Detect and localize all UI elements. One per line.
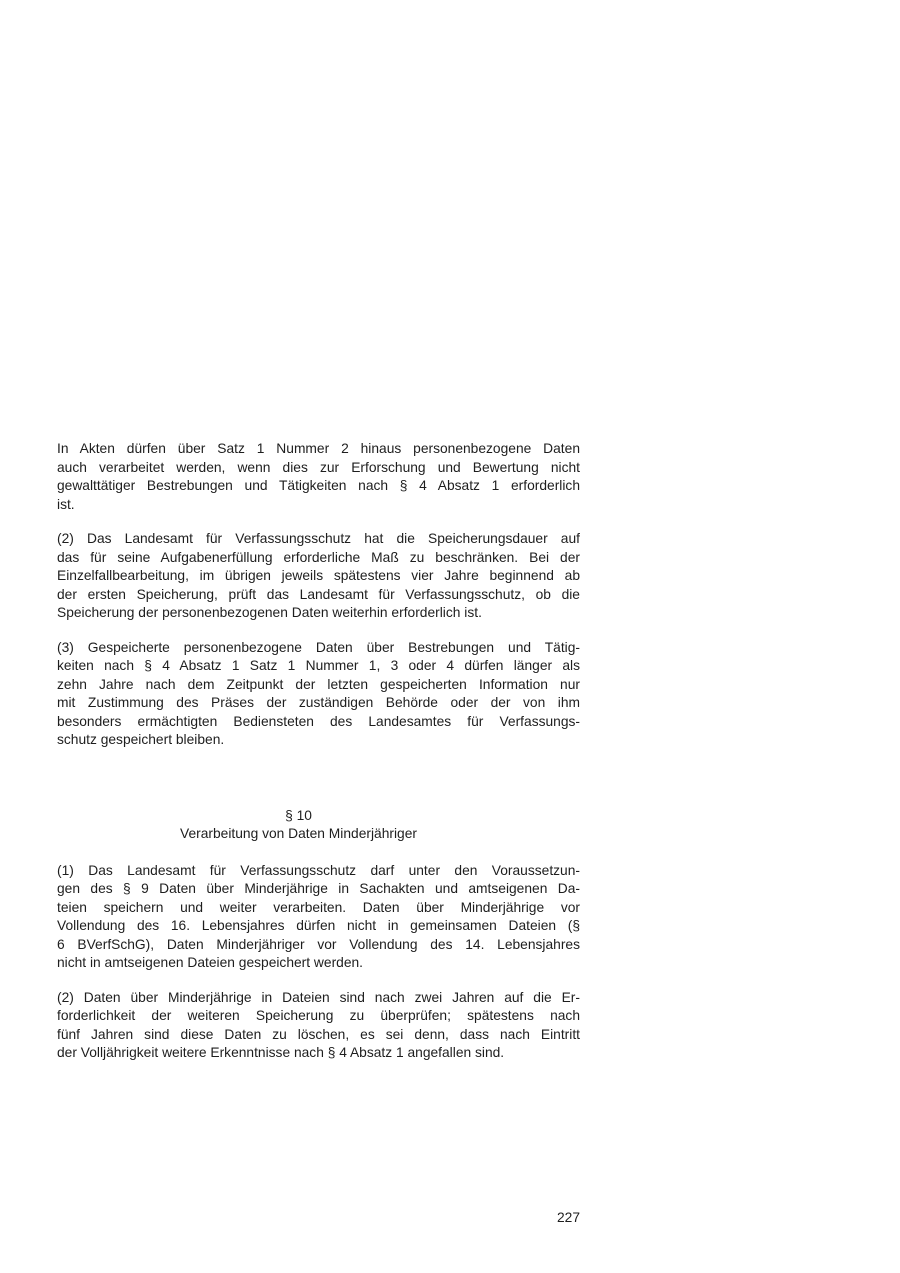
text-line: besonders ermächtigten Bediensteten des … [57, 713, 580, 732]
text-line: (2) Das Landesamt für Verfassungsschutz … [57, 530, 580, 549]
paragraph-absatz-2-speicherungsdauer: (2) Das Landesamt für Verfassungsschutz … [57, 530, 580, 623]
text-line: gewalttätiger Bestrebungen und Tätigkeit… [57, 477, 580, 496]
text-line: mit Zustimmung des Präses der zuständige… [57, 694, 580, 713]
paragraph-absatz-1-minderjaehrige: (1) Das Landesamt für Verfassungsschutz … [57, 862, 580, 973]
section-number: § 10 [57, 807, 540, 826]
text-line: auch verarbeitet werden, wenn dies zur E… [57, 459, 580, 478]
text-line: das für seine Aufgabenerfüllung erforder… [57, 549, 580, 568]
text-line: (1) Das Landesamt für Verfassungsschutz … [57, 862, 580, 881]
text-line: forderlichkeit der weiteren Speicherung … [57, 1007, 580, 1026]
text-line: schutz gespeichert bleiben. [57, 731, 580, 750]
text-line: Vollendung des 16. Lebensjahres dürfen n… [57, 917, 580, 936]
page-number: 227 [57, 1209, 580, 1228]
text-line: In Akten dürfen über Satz 1 Nummer 2 hin… [57, 440, 580, 459]
text-line: 6 BVerfSchG), Daten Minderjähriger vor V… [57, 936, 580, 955]
text-column: In Akten dürfen über Satz 1 Nummer 2 hin… [57, 440, 580, 1079]
paragraph-absatz-3-gespeicherte-daten: (3) Gespeicherte personenbezogene Daten … [57, 639, 580, 750]
text-line: (3) Gespeicherte personenbezogene Daten … [57, 639, 580, 658]
text-line: fünf Jahren sind diese Daten zu löschen,… [57, 1026, 580, 1045]
text-line: gen des § 9 Daten über Minderjährige in … [57, 880, 580, 899]
text-line: nicht in amtseigenen Dateien gespeichert… [57, 954, 580, 973]
text-line: der ersten Speicherung, prüft das Landes… [57, 586, 580, 605]
text-line: keiten nach § 4 Absatz 1 Satz 1 Nummer 1… [57, 657, 580, 676]
text-line: Einzelfallbearbeitung, im übrigen jeweil… [57, 567, 580, 586]
section-heading: § 10 Verarbeitung von Daten Minderjährig… [57, 807, 580, 844]
section-title: Verarbeitung von Daten Minderjähriger [57, 825, 540, 844]
text-line: Speicherung der personenbezogenen Daten … [57, 604, 580, 623]
document-page: In Akten dürfen über Satz 1 Nummer 2 hin… [0, 0, 900, 1273]
text-line: zehn Jahre nach dem Zeitpunkt der letzte… [57, 676, 580, 695]
text-line: (2) Daten über Minderjährige in Dateien … [57, 989, 580, 1008]
paragraph-absatz-2-dateien-pruefung: (2) Daten über Minderjährige in Dateien … [57, 989, 580, 1063]
text-line: ist. [57, 496, 580, 515]
text-line: der Volljährigkeit weitere Erkenntnisse … [57, 1044, 580, 1063]
paragraph-akten-satz1: In Akten dürfen über Satz 1 Nummer 2 hin… [57, 440, 580, 514]
text-line: teien speichern und weiter verarbeiten. … [57, 899, 580, 918]
